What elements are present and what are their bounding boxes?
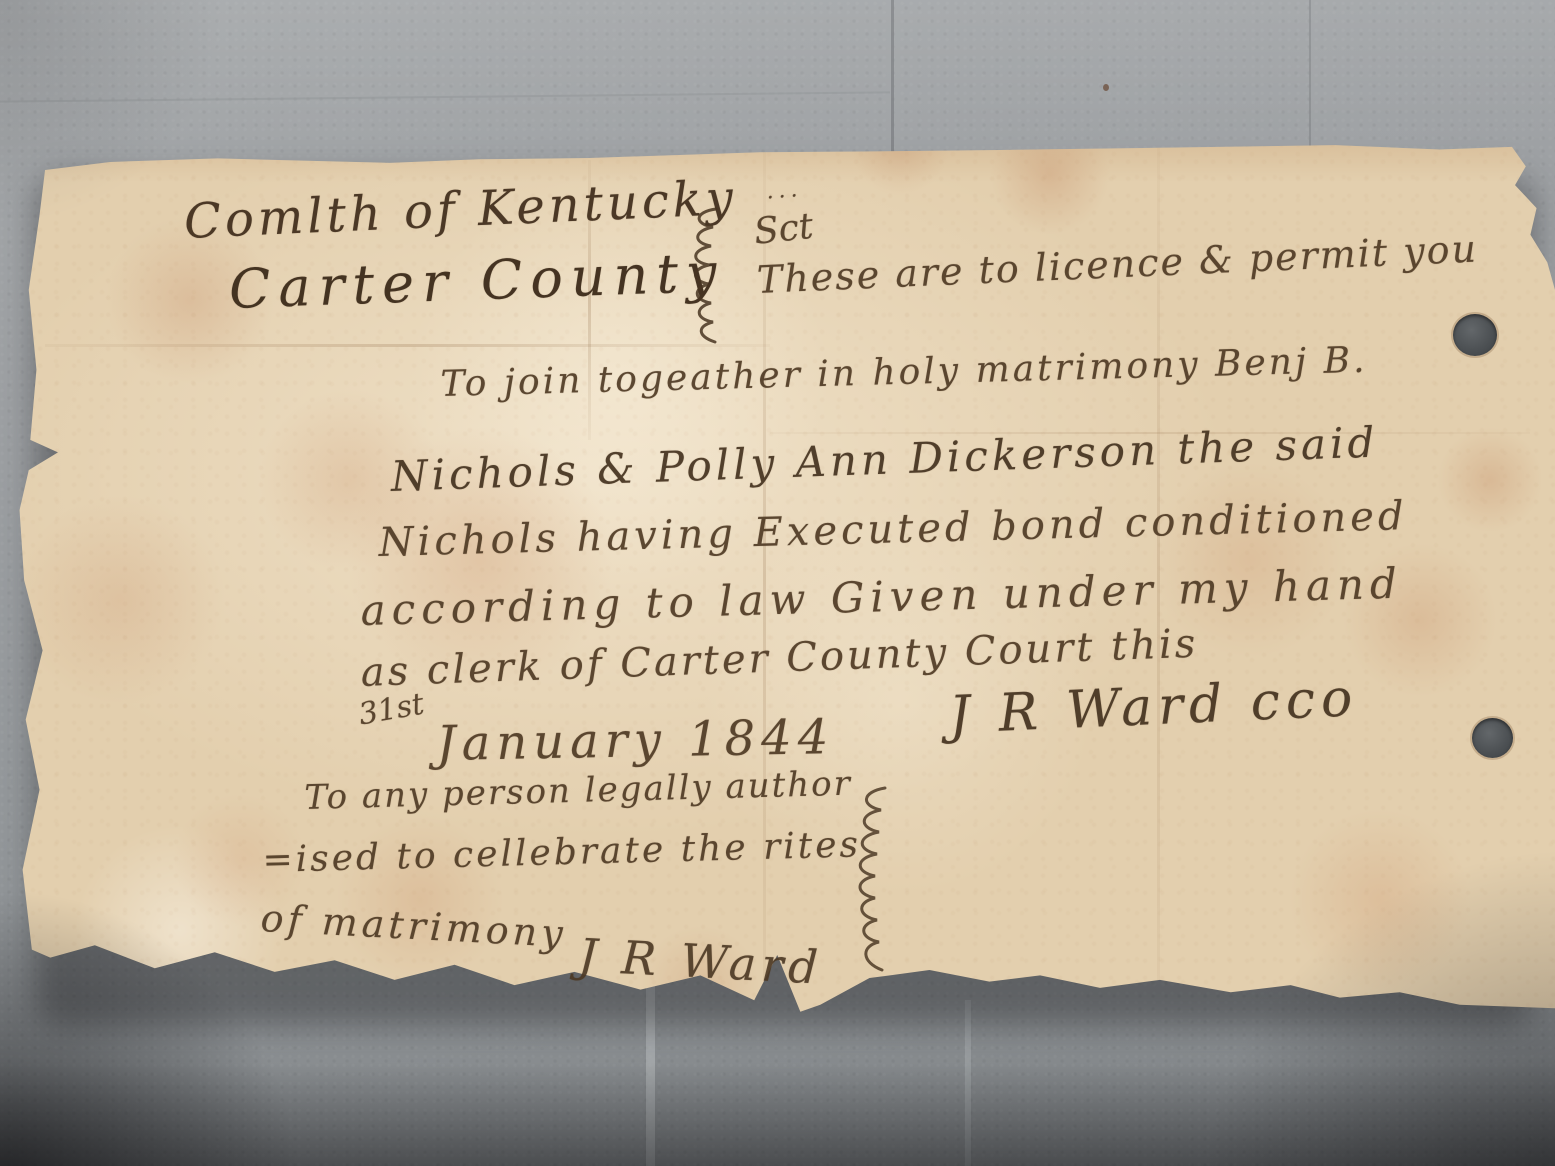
punch-hole-bottom <box>1472 718 1513 758</box>
sct-abbreviation: Sct <box>752 206 815 253</box>
brace-squiggle-bottom <box>845 784 895 982</box>
fold-crease-horizontal <box>45 344 770 347</box>
dust-speck <box>1103 84 1109 91</box>
punch-hole-top <box>1453 314 1497 356</box>
photo-scene: Comlth of Kentucky Carter County ··· Sct… <box>0 0 1555 1166</box>
licence-date: January 1844 <box>436 709 835 772</box>
surface-seam-vertical <box>1309 0 1311 150</box>
brace-squiggle-header <box>680 206 722 346</box>
